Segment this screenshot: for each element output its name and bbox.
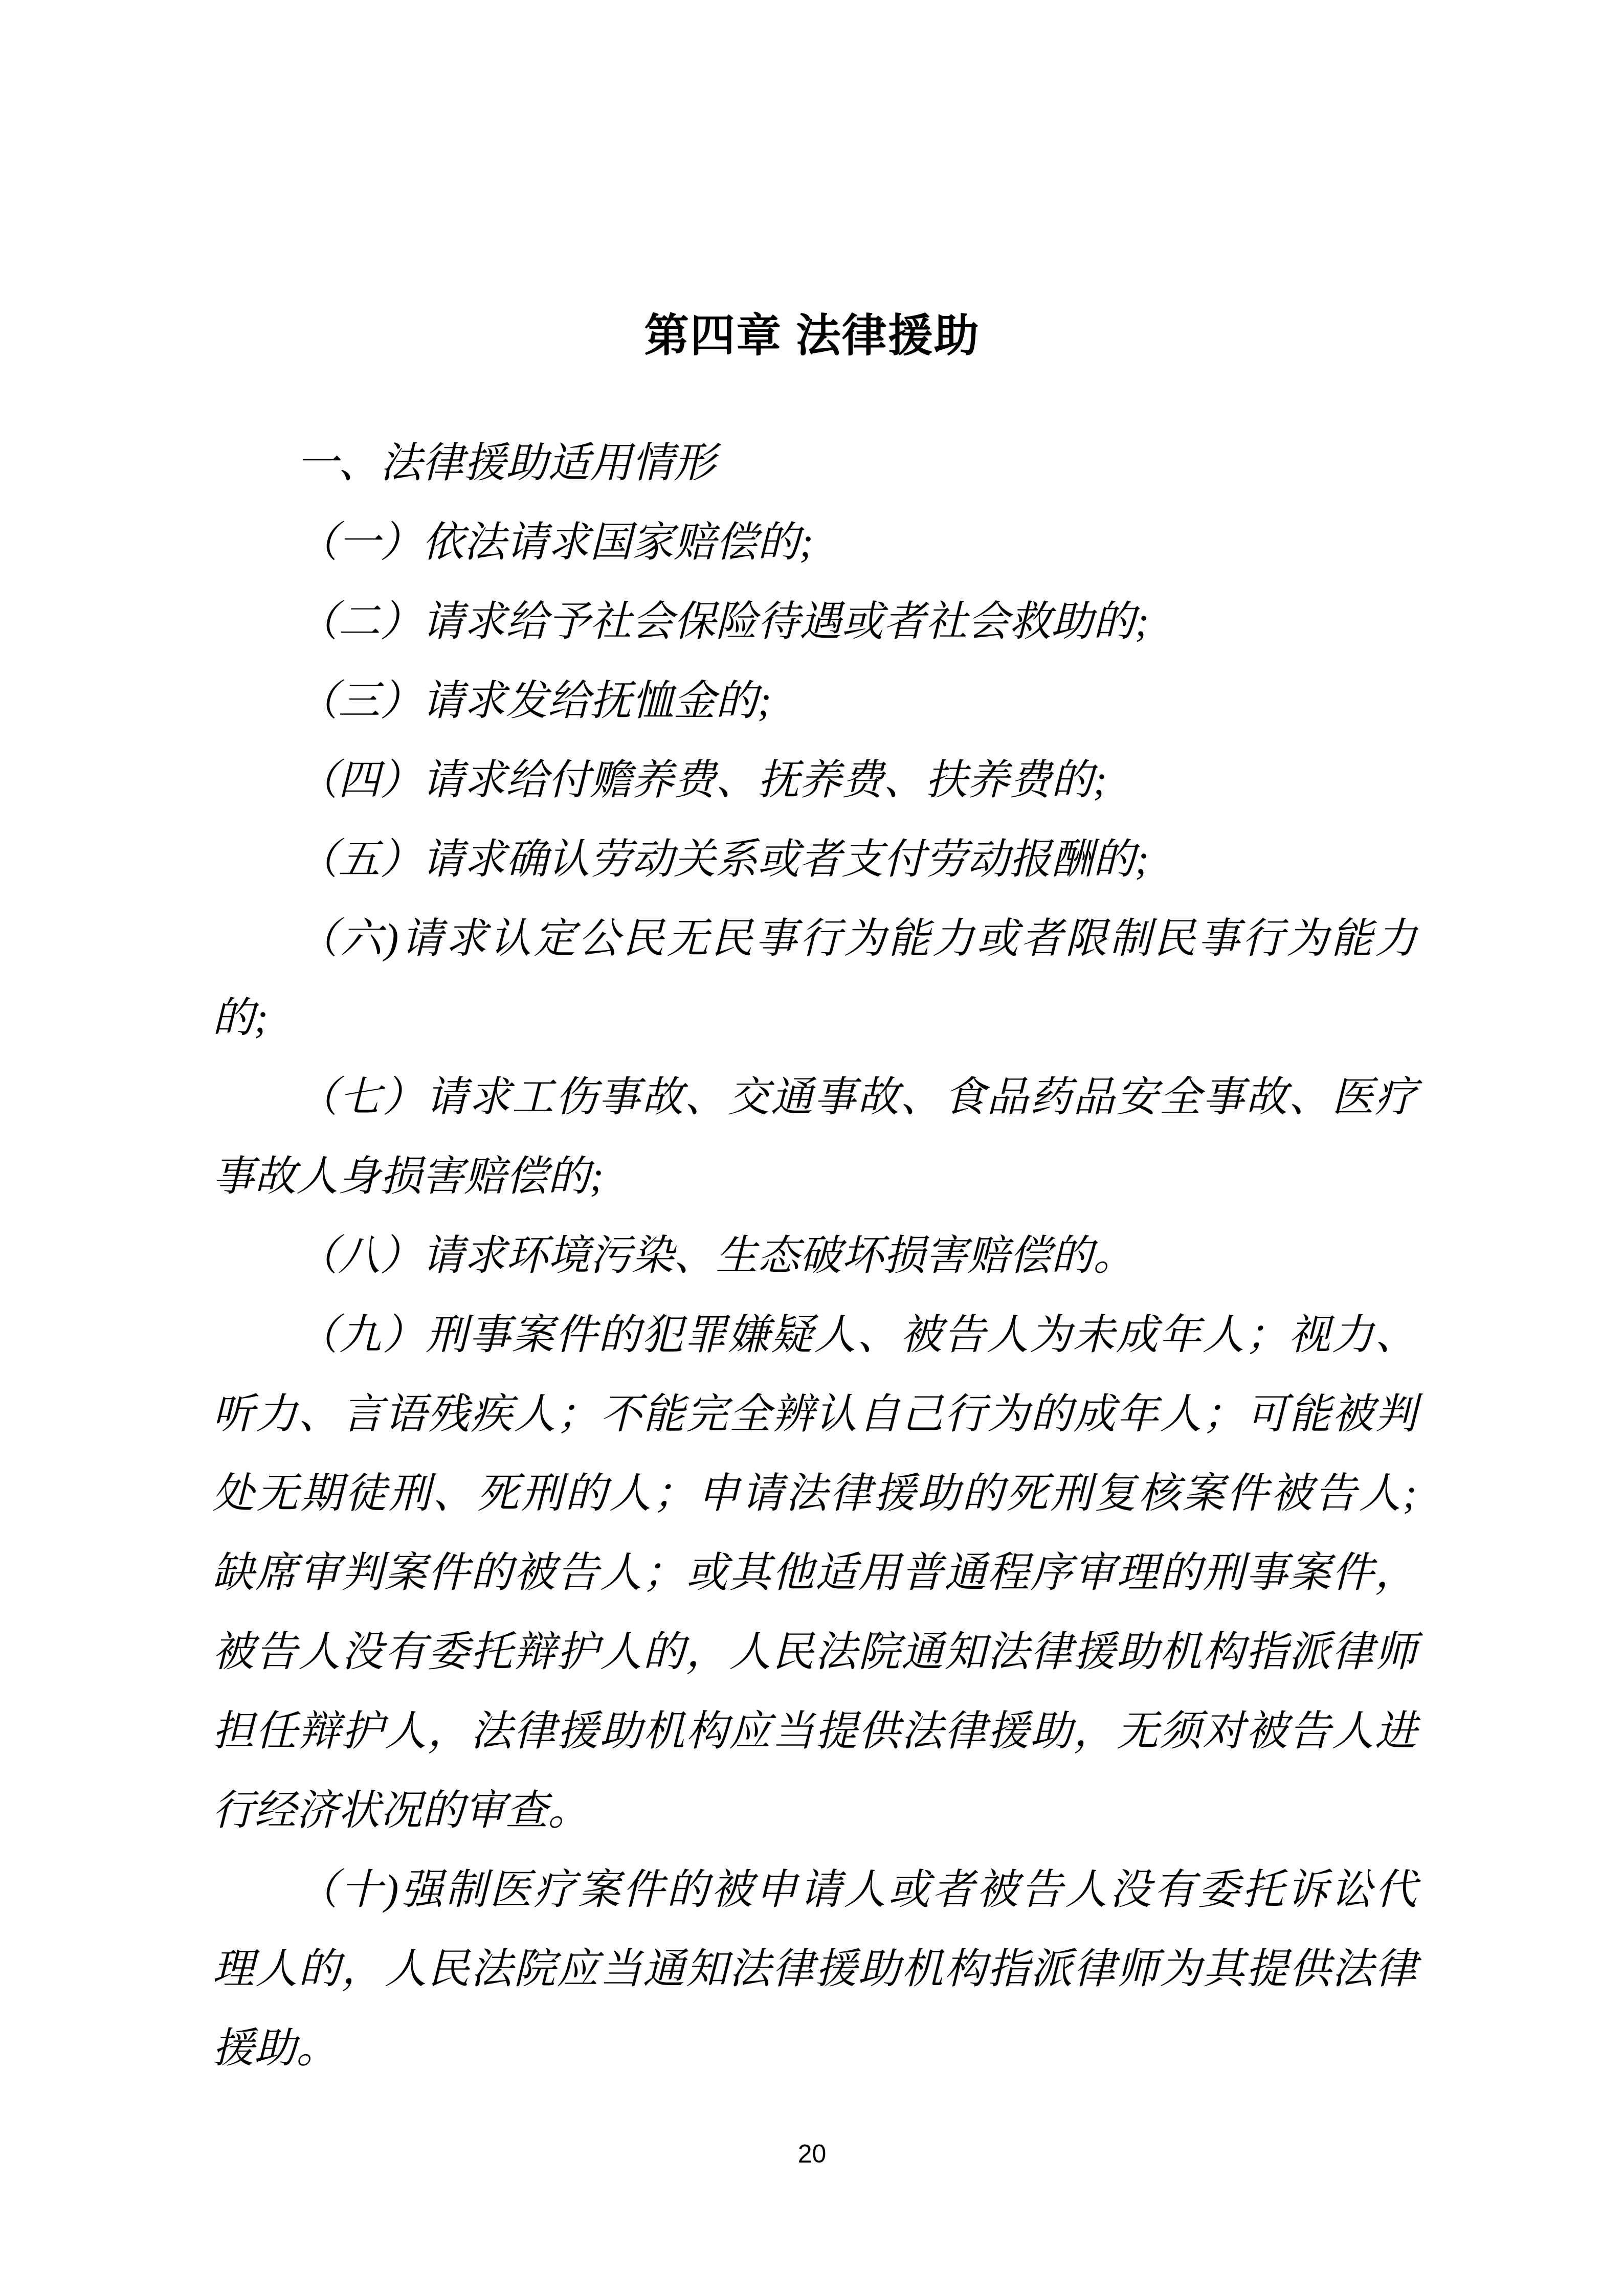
paragraph: （十)强制医疗案件的被申请人或者被告人没有委托诉讼代理人的，人民法院应当通知法律…	[212, 1850, 1417, 2088]
document-line: 行经济状况的审查。	[212, 1771, 1417, 1850]
paragraph: （二）请求给予社会保险待遇或者社会救助的;	[212, 582, 1417, 661]
document-line: （二）请求给予社会保险待遇或者社会救助的;	[212, 582, 1417, 661]
paragraph: （一）依法请求国家赔偿的;	[212, 503, 1417, 582]
document-page: 第四章 法律援助 一、法律援助适用情形 （一）依法请求国家赔偿的;（二）请求给予…	[0, 0, 1624, 2296]
document-line: （十)强制医疗案件的被申请人或者被告人没有委托诉讼代	[212, 1850, 1417, 1929]
document-line: 缺席审判案件的被告人；或其他适用普通程序审理的刑事案件，	[212, 1533, 1417, 1612]
chapter-title: 第四章 法律援助	[0, 305, 1624, 366]
document-line: 事故人身损害赔偿的;	[212, 1137, 1417, 1216]
paragraph: （四）请求给付赡养费、抚养费、扶养费的;	[212, 740, 1417, 820]
document-line: 援助。	[212, 2009, 1417, 2088]
document-line: （六)请求认定公民无民事行为能力或者限制民事行为能力	[212, 899, 1417, 978]
paragraph: （六)请求认定公民无民事行为能力或者限制民事行为能力的;	[212, 899, 1417, 1057]
document-line: （八）请求环境污染、生态破坏损害赔偿的。	[212, 1216, 1417, 1295]
document-line: 被告人没有委托辩护人的，人民法院通知法律援助机构指派律师	[212, 1612, 1417, 1692]
document-line: 处无期徒刑、死刑的人；申请法律援助的死刑复核案件被告人;	[212, 1454, 1417, 1533]
paragraph: （九）刑事案件的犯罪嫌疑人、被告人为未成年人；视力、听力、言语残疾人；不能完全辨…	[212, 1295, 1417, 1850]
page-number: 20	[0, 2139, 1624, 2169]
section-heading: 一、法律援助适用情形	[212, 423, 1417, 503]
paragraph: （七）请求工伤事故、交通事故、食品药品安全事故、医疗事故人身损害赔偿的;	[212, 1057, 1417, 1216]
document-line: 理人的，人民法院应当通知法律援助机构指派律师为其提供法律	[212, 1929, 1417, 2009]
document-line: 担任辩护人，法律援助机构应当提供法律援助，无须对被告人进	[212, 1692, 1417, 1771]
document-line: （一）依法请求国家赔偿的;	[212, 503, 1417, 582]
document-line: （七）请求工伤事故、交通事故、食品药品安全事故、医疗	[212, 1057, 1417, 1137]
document-line: 的;	[212, 978, 1417, 1057]
paragraph: （八）请求环境污染、生态破坏损害赔偿的。	[212, 1216, 1417, 1295]
paragraph: （五）请求确认劳动关系或者支付劳动报酬的;	[212, 820, 1417, 899]
document-line: （三）请求发给抚恤金的;	[212, 661, 1417, 740]
document-line: （四）请求给付赡养费、抚养费、扶养费的;	[212, 740, 1417, 820]
document-line: 听力、言语残疾人；不能完全辨认自己行为的成年人；可能被判	[212, 1375, 1417, 1454]
document-line: （九）刑事案件的犯罪嫌疑人、被告人为未成年人；视力、	[212, 1295, 1417, 1375]
document-line: （五）请求确认劳动关系或者支付劳动报酬的;	[212, 820, 1417, 899]
paragraph: （三）请求发给抚恤金的;	[212, 661, 1417, 740]
document-body: 一、法律援助适用情形 （一）依法请求国家赔偿的;（二）请求给予社会保险待遇或者社…	[212, 423, 1417, 2088]
